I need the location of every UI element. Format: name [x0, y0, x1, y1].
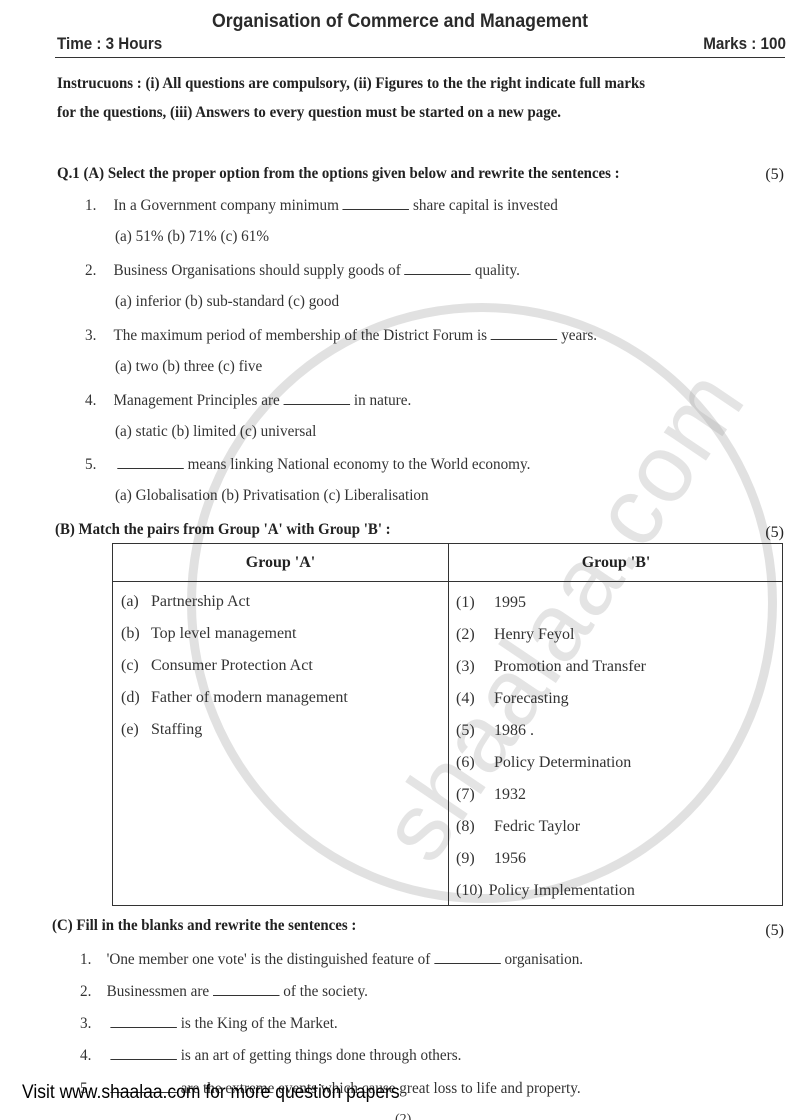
group-b-item: (9)1956: [456, 850, 526, 868]
item-text-before: In a Government company minimum: [114, 197, 339, 214]
group-a-key: (d): [121, 689, 151, 707]
group-b-item: (1)1995: [456, 594, 526, 612]
item-number: 4.: [80, 1047, 107, 1065]
group-a-text: Consumer Protection Act: [151, 657, 313, 674]
marks-label: Marks : 100: [703, 35, 786, 54]
group-b-key: (2): [456, 626, 494, 644]
group-a-text: Father of modern management: [151, 689, 348, 706]
item-text-after: in nature.: [354, 392, 411, 409]
group-b-text: Forecasting: [494, 690, 569, 707]
q1b-heading: (B) Match the pairs from Group 'A' with …: [55, 521, 391, 539]
group-b-text: 1956: [494, 850, 526, 867]
item-text-after: means linking National economy to the Wo…: [188, 456, 531, 473]
group-a-item: (c)Consumer Protection Act: [121, 657, 313, 675]
question-item: 5.means linking National economy to the …: [85, 456, 530, 474]
item-options: (a) 51% (b) 71% (c) 61%: [115, 228, 269, 246]
shaalaa-promo-link[interactable]: Visit www.shaalaa.com for more question …: [22, 1082, 400, 1104]
question-item: 3.is the King of the Market.: [80, 1015, 338, 1033]
group-b-text: 1995: [494, 594, 526, 611]
page-number: (2): [395, 1112, 411, 1120]
group-b-text: Promotion and Transfer: [494, 658, 646, 675]
item-number: 3.: [85, 327, 114, 345]
answer-blank: [434, 951, 501, 964]
item-options: (a) static (b) limited (c) universal: [115, 423, 316, 441]
question-item: 4.is an art of getting things done throu…: [80, 1047, 461, 1065]
group-b-key: (8): [456, 818, 494, 836]
item-text-after: quality.: [475, 262, 520, 279]
group-b-item: (2)Henry Feyol: [456, 626, 574, 644]
time-label: Time : 3 Hours: [57, 35, 162, 54]
group-a-key: (a): [121, 593, 151, 611]
group-b-text: Policy Implementation: [489, 882, 635, 899]
answer-blank: [284, 392, 350, 405]
group-b-header: Group 'B': [448, 554, 784, 572]
item-text-before: 'One member one vote' is the distinguish…: [107, 951, 431, 968]
item-text-after: organisation.: [504, 951, 583, 968]
table-header-divider: [113, 581, 782, 582]
answer-blank: [343, 197, 410, 210]
group-b-text: Fedric Taylor: [494, 818, 580, 835]
question-item: 2.Business Organisations should supply g…: [85, 262, 520, 280]
item-options: (a) Globalisation (b) Privatisation (c) …: [115, 487, 429, 505]
answer-blank: [117, 456, 183, 469]
q1b-marks: (5): [765, 524, 784, 542]
group-b-text: 1986 .: [494, 722, 534, 739]
item-options: (a) two (b) three (c) five: [115, 358, 262, 376]
q1c-heading: (C) Fill in the blanks and rewrite the s…: [52, 917, 356, 935]
answer-blank: [405, 262, 472, 275]
question-item: 4.Management Principles arein nature.: [85, 392, 411, 410]
item-text-after: is an art of getting things done through…: [181, 1047, 462, 1064]
group-b-item: (4)Forecasting: [456, 690, 569, 708]
question-item: 2.Businessmen areof the society.: [80, 983, 368, 1001]
question-item: 3.The maximum period of membership of th…: [85, 327, 597, 345]
group-a-item: (a)Partnership Act: [121, 593, 250, 611]
question-item: 1.In a Government company minimumshare c…: [85, 197, 558, 215]
item-number: 1.: [80, 951, 107, 969]
item-number: 1.: [85, 197, 114, 215]
group-a-text: Staffing: [151, 721, 202, 738]
table-column-divider: [448, 544, 449, 905]
header-rule: [55, 57, 785, 58]
match-table: Group 'A' Group 'B' (a)Partnership Act(b…: [112, 543, 783, 906]
group-b-key: (5): [456, 722, 494, 740]
item-number: 5.: [85, 456, 114, 474]
group-a-key: (c): [121, 657, 151, 675]
answer-blank: [110, 1047, 176, 1060]
q1c-marks: (5): [765, 922, 784, 940]
group-b-text: Henry Feyol: [494, 626, 574, 643]
item-text-after: is the King of the Market.: [181, 1015, 338, 1032]
group-b-key: (9): [456, 850, 494, 868]
group-b-item: (3)Promotion and Transfer: [456, 658, 646, 676]
q1a-heading: Q.1 (A) Select the proper option from th…: [57, 165, 620, 183]
group-a-text: Top level management: [151, 625, 297, 642]
group-b-key: (3): [456, 658, 494, 676]
group-b-item: (6)Policy Determination: [456, 754, 631, 772]
answer-blank: [213, 983, 280, 996]
group-a-item: (e)Staffing: [121, 721, 202, 739]
item-text-after: of the society.: [283, 983, 368, 1000]
item-options: (a) inferior (b) sub-standard (c) good: [115, 293, 339, 311]
instructions-line-1: Instrucuons : (i) All questions are comp…: [57, 75, 645, 93]
answer-blank: [110, 1015, 176, 1028]
group-a-header: Group 'A': [113, 554, 448, 572]
item-text-before: The maximum period of membership of the …: [114, 327, 488, 344]
group-a-key: (e): [121, 721, 151, 739]
item-text-after: years.: [561, 327, 597, 344]
group-b-key: (1): [456, 594, 494, 612]
group-b-item: (5)1986 .: [456, 722, 534, 740]
group-b-key: (10): [456, 882, 483, 900]
paper-title: Organisation of Commerce and Management: [28, 11, 772, 33]
item-text-before: Business Organisations should supply goo…: [114, 262, 401, 279]
group-b-key: (4): [456, 690, 494, 708]
answer-blank: [491, 327, 558, 340]
q1a-marks: (5): [765, 166, 784, 184]
item-number: 2.: [80, 983, 107, 1001]
item-text-before: Businessmen are: [107, 983, 210, 1000]
group-a-item: (b)Top level management: [121, 625, 297, 643]
item-number: 2.: [85, 262, 114, 280]
group-b-text: 1932: [494, 786, 526, 803]
group-a-item: (d)Father of modern management: [121, 689, 348, 707]
group-b-key: (7): [456, 786, 494, 804]
question-item: 1.'One member one vote' is the distingui…: [80, 951, 583, 969]
group-b-key: (6): [456, 754, 494, 772]
item-text-before: Management Principles are: [114, 392, 280, 409]
item-number: 4.: [85, 392, 114, 410]
question-paper-page: shaalaa.com Organisation of Commerce and…: [0, 0, 800, 1120]
group-a-text: Partnership Act: [151, 593, 250, 610]
instructions-line-2: for the questions, (iii) Answers to ever…: [57, 104, 561, 122]
group-b-text: Policy Determination: [494, 754, 631, 771]
item-text-after: share capital is invested: [413, 197, 558, 214]
group-b-item: (7)1932: [456, 786, 526, 804]
group-a-key: (b): [121, 625, 151, 643]
group-b-item: (8)Fedric Taylor: [456, 818, 580, 836]
item-number: 3.: [80, 1015, 107, 1033]
group-b-item: (10)Policy Implementation: [456, 882, 635, 900]
